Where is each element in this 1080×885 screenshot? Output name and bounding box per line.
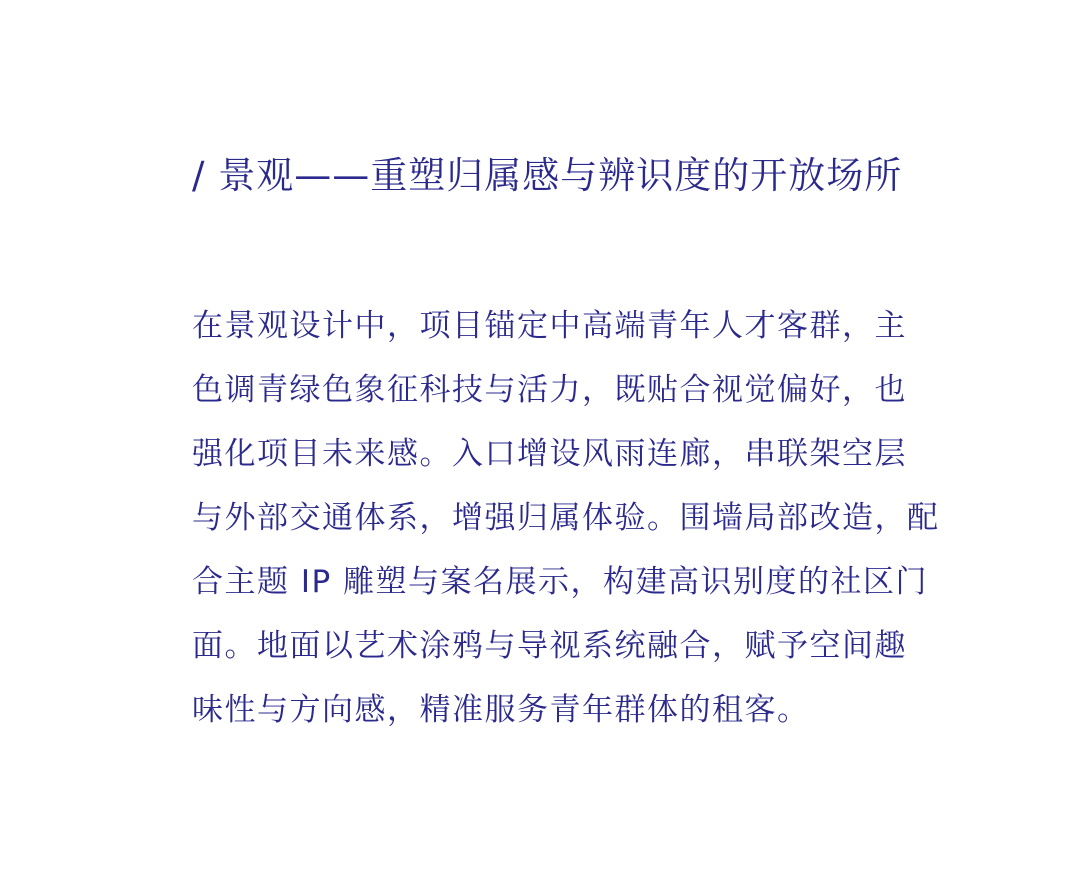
body-line: 强化项目未来感。入口增设风雨连廊，串联架空层	[192, 422, 1042, 486]
body-line: 面。地面以艺术涂鸦与导视系统融合，赋予空间趣	[192, 614, 1042, 678]
body-line: 合主题 IP 雕塑与案名展示，构建高识别度的社区门	[192, 550, 1042, 614]
body-paragraph: 在景观设计中，项目锚定中高端青年人才客群，主 色调青绿色象征科技与活力，既贴合视…	[192, 294, 1042, 742]
body-line: 味性与方向感，精准服务青年群体的租客。	[192, 678, 1042, 742]
body-line: 在景观设计中，项目锚定中高端青年人才客群，主	[192, 294, 1042, 358]
body-line: 与外部交通体系，增强归属体验。围墙局部改造，配	[192, 486, 1042, 550]
section-heading: / 景观——重塑归属感与辨识度的开放场所	[192, 148, 902, 204]
body-line: 色调青绿色象征科技与活力，既贴合视觉偏好，也	[192, 358, 1042, 422]
